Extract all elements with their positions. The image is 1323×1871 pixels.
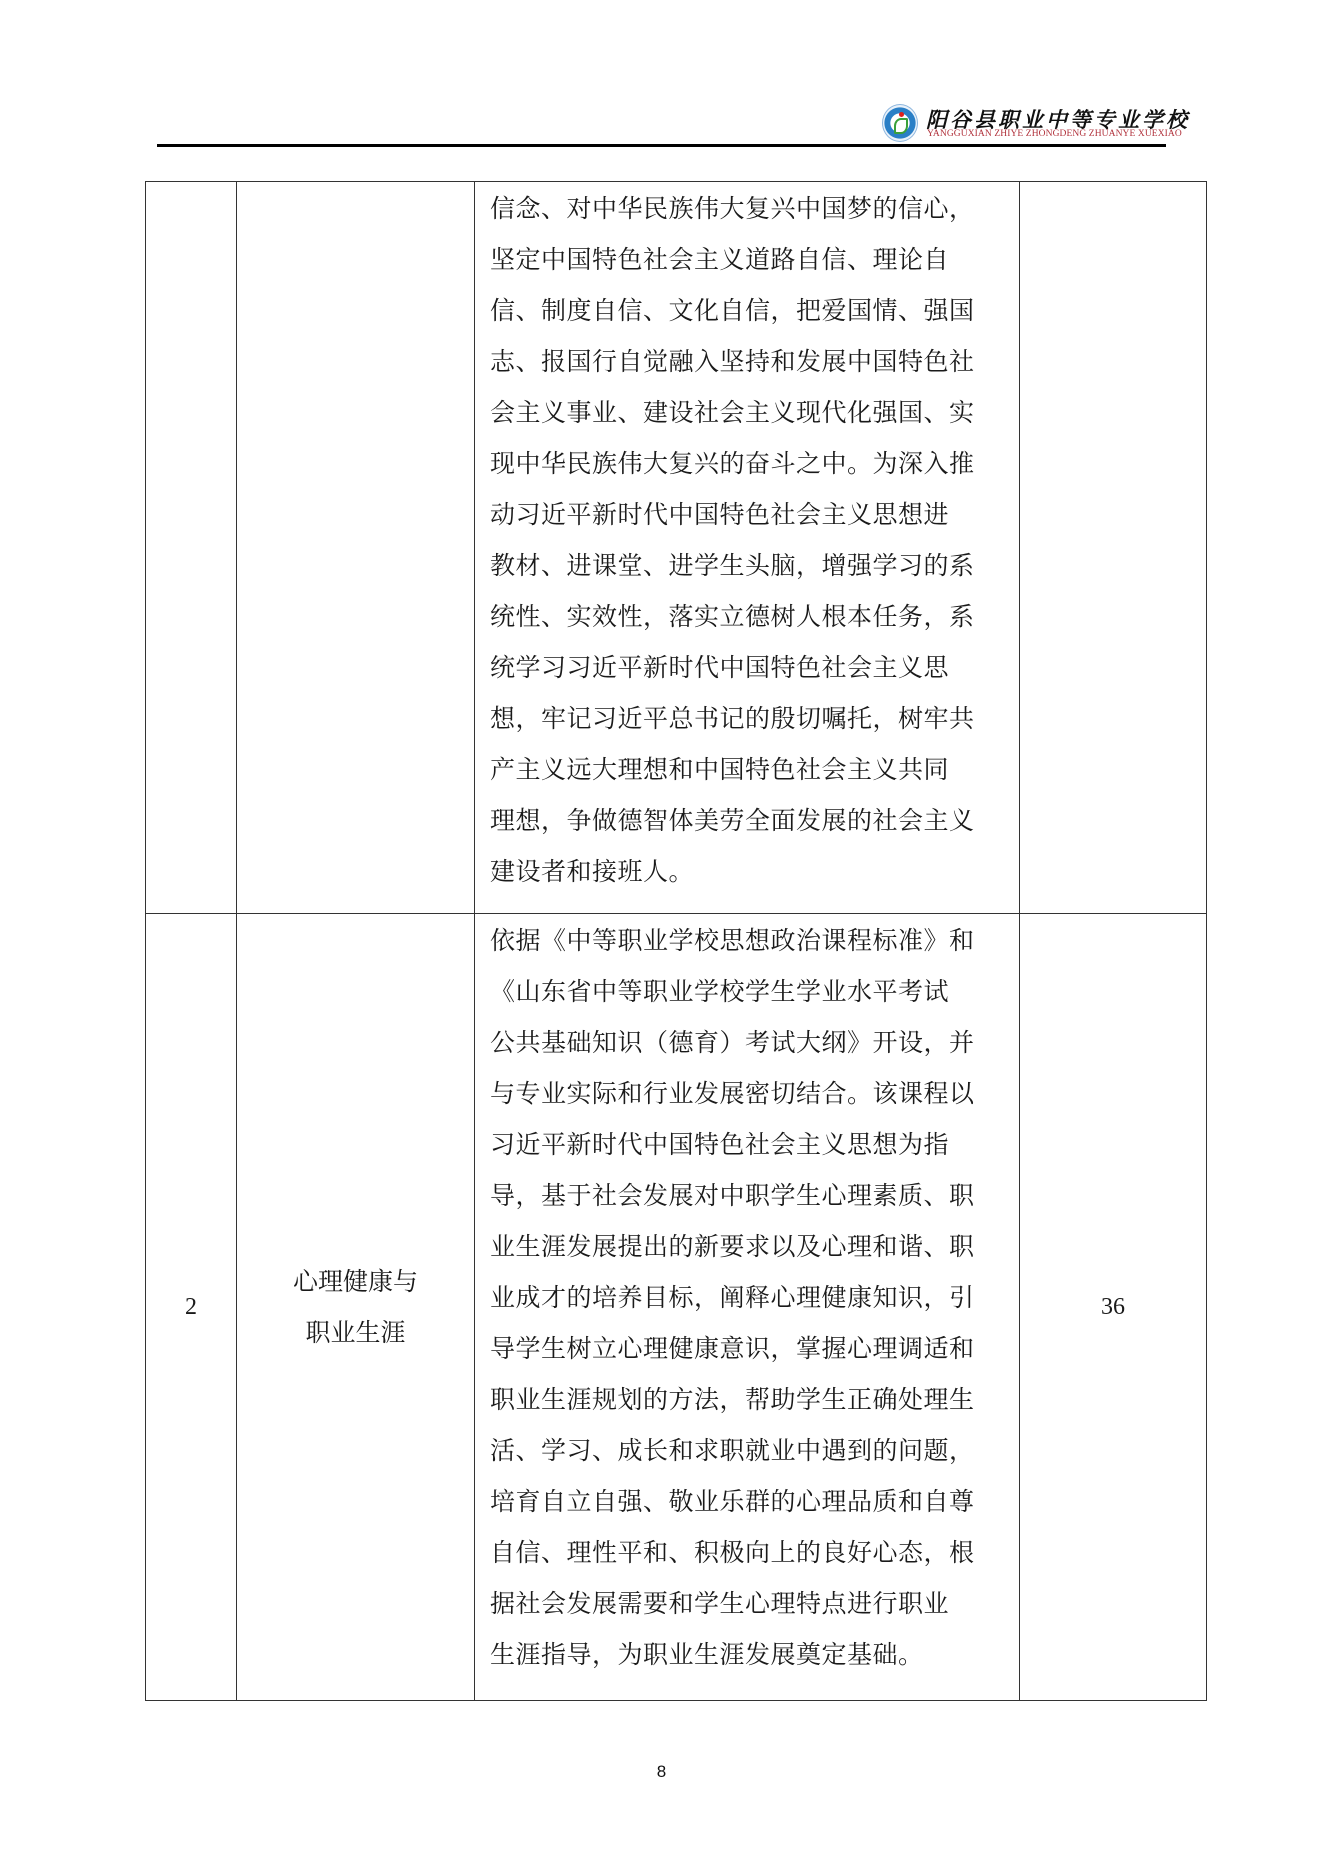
description-line: 会主义事业、建设社会主义现代化强国、实 [490, 387, 1007, 438]
description-line: 生涯指导，为职业生涯发展奠定基础。 [490, 1629, 1007, 1680]
description-line: 业生涯发展提出的新要求以及心理和谐、职 [490, 1221, 1007, 1272]
cell-hours [1020, 182, 1207, 914]
description-line: 想，牢记习近平总书记的殷切嘱托，树牢共 [490, 693, 1007, 744]
emblem-dot [899, 112, 904, 117]
description-line: 志、报国行自觉融入坚持和发展中国特色社 [490, 336, 1007, 387]
description-line: 与专业实际和行业发展密切结合。该课程以 [490, 1068, 1007, 1119]
description-line: 自信、理性平和、积极向上的良好心态，根 [490, 1527, 1007, 1578]
description-line: 导，基于社会发展对中职学生心理素质、职 [490, 1170, 1007, 1221]
table-row: 信念、对中华民族伟大复兴中国梦的信心， 坚定中国特色社会主义道路自信、理论自 信… [146, 182, 1207, 914]
description-line: 教材、进课堂、进学生头脑，增强学习的系 [490, 540, 1007, 591]
course-name-line: 职业生涯 [237, 1307, 474, 1358]
description-line: 信、制度自信、文化自信，把爱国情、强国 [490, 285, 1007, 336]
cell-hours: 36 [1020, 914, 1207, 1701]
page-header: 阳谷县职业中等专业学校 YANGGUXIAN ZHIYE ZHONGDENG Z… [0, 0, 1323, 150]
description-line: 统学习习近平新时代中国特色社会主义思 [490, 642, 1007, 693]
description-line: 习近平新时代中国特色社会主义思想为指 [490, 1119, 1007, 1170]
description-line: 理想，争做德智体美劳全面发展的社会主义 [490, 795, 1007, 846]
description-line: 职业生涯规划的方法，帮助学生正确处理生 [490, 1374, 1007, 1425]
cell-description: 依据《中等职业学校思想政治课程标准》和 《山东省中等职业学校学生学业水平考试 公… [475, 914, 1020, 1701]
emblem-leaf [894, 118, 908, 134]
description-line: 现中华民族伟大复兴的奋斗之中。为深入推 [490, 438, 1007, 489]
description-line: 依据《中等职业学校思想政治课程标准》和 [490, 915, 1007, 966]
description-line: 信念、对中华民族伟大复兴中国梦的信心， [490, 183, 1007, 234]
cell-index: 2 [146, 914, 237, 1701]
description-line: 坚定中国特色社会主义道路自信、理论自 [490, 234, 1007, 285]
cell-course-name [237, 182, 475, 914]
description-line: 公共基础知识（德育）考试大纲》开设，并 [490, 1017, 1007, 1068]
description-line: 据社会发展需要和学生心理特点进行职业 [490, 1578, 1007, 1629]
cell-course-name: 心理健康与 职业生涯 [237, 914, 475, 1701]
school-name-pinyin: YANGGUXIAN ZHIYE ZHONGDENG ZHUANYE XUEXI… [927, 129, 1182, 139]
cell-description: 信念、对中华民族伟大复兴中国梦的信心， 坚定中国特色社会主义道路自信、理论自 信… [475, 182, 1020, 914]
description-line: 产主义远大理想和中国特色社会主义共同 [490, 744, 1007, 795]
description-line: 业成才的培养目标，阐释心理健康知识，引 [490, 1272, 1007, 1323]
description-line: 活、学习、成长和求职就业中遇到的问题， [490, 1425, 1007, 1476]
description-line: 导学生树立心理健康意识，掌握心理调适和 [490, 1323, 1007, 1374]
cell-index [146, 182, 237, 914]
header-divider [157, 144, 1166, 147]
table-row: 2 心理健康与 职业生涯 依据《中等职业学校思想政治课程标准》和 《山东省中等职… [146, 914, 1207, 1701]
description-line: 动习近平新时代中国特色社会主义思想进 [490, 489, 1007, 540]
page-number: 8 [0, 1762, 1323, 1782]
course-table: 信念、对中华民族伟大复兴中国梦的信心， 坚定中国特色社会主义道路自信、理论自 信… [145, 181, 1207, 1701]
description-line: 培育自立自强、敬业乐群的心理品质和自尊 [490, 1476, 1007, 1527]
school-emblem-icon [882, 104, 918, 142]
description-line: 统性、实效性，落实立德树人根本任务，系 [490, 591, 1007, 642]
course-name-line: 心理健康与 [237, 1256, 474, 1307]
description-line: 《山东省中等职业学校学生学业水平考试 [490, 966, 1007, 1017]
description-line: 建设者和接班人。 [490, 846, 1007, 897]
